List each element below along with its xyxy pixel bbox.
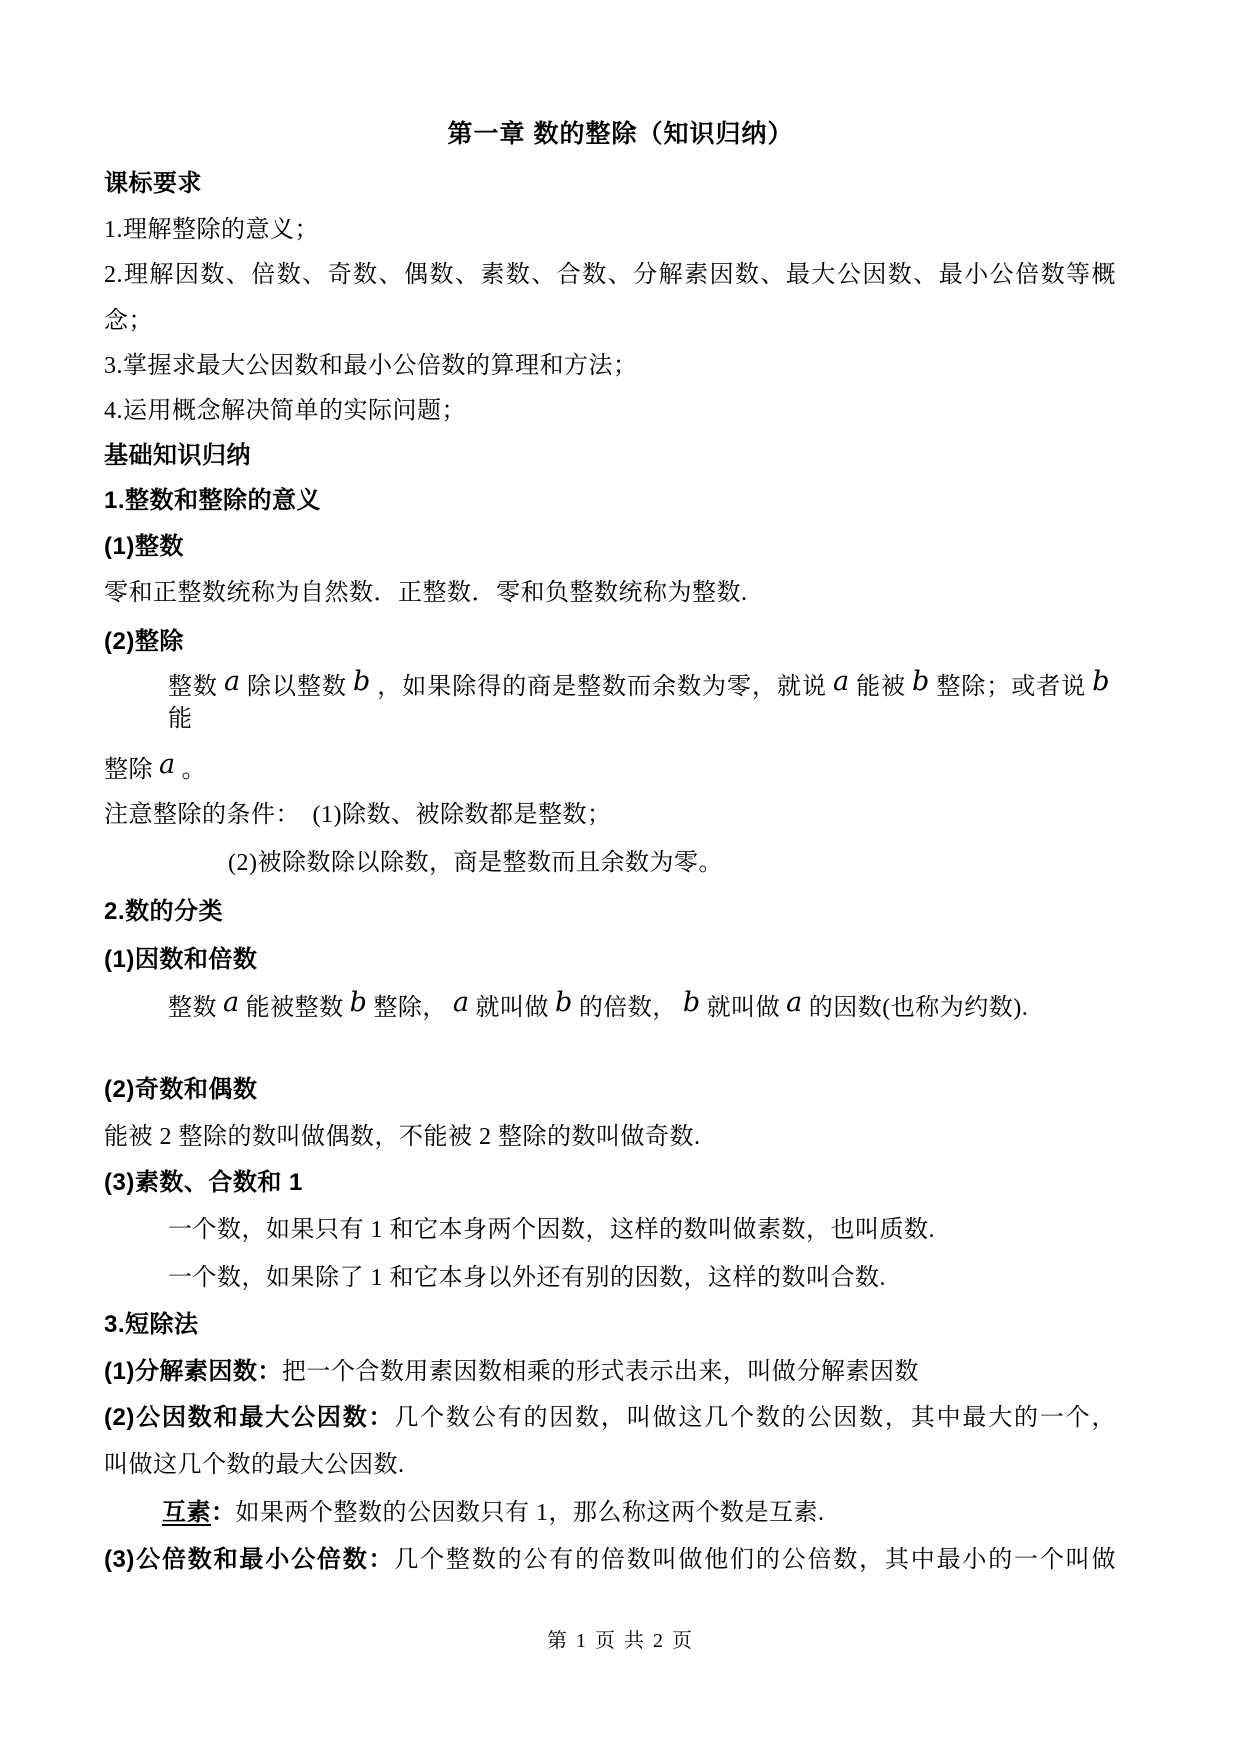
text-run: 几个数公有的因数，叫做这几个数的公因数，其中最大的一个， — [394, 1405, 1116, 1431]
math-variable: b — [683, 993, 701, 1013]
text-composite-definition: 一个数，如果除了 1 和它本身以外还有别的因数，这样的数叫合数. — [104, 1262, 1116, 1294]
text-run: 整数 — [168, 995, 217, 1021]
text-run: 。 — [182, 757, 207, 783]
text-run: (1)因数和倍数 — [104, 946, 257, 973]
text-run: (3)公倍数和最小公倍数： — [104, 1546, 394, 1573]
text-run: (2)整除 — [104, 628, 184, 655]
heading-basic-knowledge: 基础知识归纳 — [104, 440, 1116, 472]
text-run: 整除；或者说 — [936, 674, 1086, 700]
math-variable: b — [1092, 672, 1110, 692]
text-run: (2)被除数除以除数，商是整数而且余数为零。 — [228, 850, 723, 876]
math-variable: b — [555, 993, 573, 1013]
heading-curriculum-requirements: 课标要求 — [104, 168, 1116, 200]
heading-1-2-divisibility: (2)整除 — [104, 626, 1116, 658]
text-run: 一个数，如果只有 1 和它本身两个因数，这样的数叫做素数，也叫质数. — [168, 1217, 935, 1243]
math-variable: a — [224, 672, 241, 692]
text-divisibility-condition-2: (2)被除数除以除数，商是整数而且余数为零。 — [104, 847, 1116, 879]
requirement-3: 3.掌握求最大公因数和最小公倍数的算理和方法； — [104, 350, 1116, 382]
text-run: 能被 — [856, 674, 906, 700]
math-variable: b — [350, 993, 368, 1013]
text-run: 就叫做 — [476, 995, 550, 1021]
text-prime-factorization: (1)分解素因数：把一个合数用素因数相乘的形式表示出来，叫做分解素因数 — [104, 1356, 1116, 1388]
text-divisibility-definition-line2: 整除a。 — [104, 754, 1116, 786]
text-run: 除以整数 — [247, 674, 347, 700]
text-integers-definition: 零和正整数统称为自然数．正整数．零和负整数统称为整数. — [104, 577, 1116, 609]
heading-section-2: 2.数的分类 — [104, 896, 1116, 928]
text-run: 3.掌握求最大公因数和最小公倍数的算理和方法； — [104, 353, 638, 379]
text-run: 的倍数， — [579, 995, 677, 1021]
math-variable: a — [453, 993, 470, 1013]
heading-section-1: 1.整数和整除的意义 — [104, 485, 1116, 517]
text-run: 把一个合数用素因数相乘的形式表示出来，叫做分解素因数 — [282, 1359, 919, 1385]
text-run: 2.理解因数、倍数、奇数、偶数、素数、合数、分解素因数、最大公因数、最小公倍数等… — [104, 262, 1116, 288]
math-variable: a — [786, 993, 803, 1013]
text-prime-definition: 一个数，如果只有 1 和它本身两个因数，这样的数叫做素数，也叫质数. — [104, 1214, 1116, 1246]
text-divisibility-condition-1: 注意整除的条件： (1)除数、被除数都是整数； — [104, 799, 1116, 831]
math-variable: b — [353, 672, 371, 692]
text-run: 整数 — [168, 674, 218, 700]
page-footer: 第 1 页 共 2 页 — [0, 1624, 1241, 1653]
text-run: 3.短除法 — [104, 1311, 199, 1338]
text-run: (1)整数 — [104, 533, 184, 560]
text-run: 能 — [168, 706, 193, 732]
heading-2-2-odd-even: (2)奇数和偶数 — [104, 1074, 1116, 1106]
heading-2-1-factors-multiples: (1)因数和倍数 — [104, 944, 1116, 976]
text-run: 如果两个整数的公因数只有 1，那么称这两个数是互素. — [236, 1500, 825, 1526]
text-run: 的因数(也称为约数). — [809, 995, 1028, 1021]
heading-1-1-integers: (1)整数 — [104, 531, 1116, 563]
document-page: 第一章 数的整除（知识归纳） 课标要求1.理解整除的意义；2.理解因数、倍数、奇… — [0, 0, 1241, 1754]
text-run: 念； — [104, 308, 153, 334]
heading-2-3-prime-composite: (3)素数、合数和 1 — [104, 1167, 1116, 1199]
text-run: (2)奇数和偶数 — [104, 1076, 257, 1103]
text-run: 零和正整数统称为自然数．正整数．零和负整数统称为整数. — [104, 580, 748, 606]
math-variable: a — [833, 672, 850, 692]
text-run: 互素 — [162, 1499, 211, 1526]
text-run: 2.数的分类 — [104, 898, 223, 925]
text-run: 整除， — [373, 995, 447, 1021]
text-gcd-definition-line1: (2)公因数和最大公因数：几个数公有的因数，叫做这几个数的公因数，其中最大的一个… — [104, 1402, 1116, 1434]
text-run: 叫做这几个数的最大公因数. — [104, 1452, 405, 1478]
text-run: 能被整数 — [246, 995, 344, 1021]
text-run: 基础知识归纳 — [104, 442, 251, 469]
requirement-1: 1.理解整除的意义； — [104, 214, 1116, 246]
text-run: 整除 — [104, 757, 153, 783]
text-odd-even-definition: 能被 2 整除的数叫做偶数，不能被 2 整除的数叫做奇数. — [104, 1121, 1116, 1153]
text-gcd-definition-line2: 叫做这几个数的最大公因数. — [104, 1449, 1116, 1481]
text-run: 1.理解整除的意义； — [104, 217, 319, 243]
document-title: 第一章 数的整除（知识归纳） — [0, 114, 1241, 150]
requirement-2-line2: 念； — [104, 305, 1116, 337]
text-run: 就叫做 — [707, 995, 781, 1021]
text-run: (1)分解素因数： — [104, 1358, 282, 1385]
text-run: 课标要求 — [104, 170, 202, 197]
text-run: 一个数，如果除了 1 和它本身以外还有别的因数，这样的数叫合数. — [168, 1265, 886, 1291]
math-variable: a — [223, 993, 240, 1013]
text-run: 几个整数的公有的倍数叫做他们的公倍数，其中最小的一个叫做 — [394, 1547, 1116, 1573]
text-coprime-definition: 互素：如果两个整数的公因数只有 1，那么称这两个数是互素. — [104, 1497, 1116, 1529]
text-run: (2)公因数和最大公因数： — [104, 1404, 394, 1431]
text-factors-multiples-definition: 整数a能被整数b整除，a就叫做b的倍数，b就叫做a的因数(也称为约数). — [104, 992, 1116, 1024]
text-divisibility-definition-line1: 整数a除以整数b，如果除得的商是整数而余数为零，就说a能被b整除；或者说b能 — [104, 671, 1116, 735]
requirement-2-line1: 2.理解因数、倍数、奇数、偶数、素数、合数、分解素因数、最大公因数、最小公倍数等… — [104, 259, 1116, 291]
text-run: ： — [211, 1499, 236, 1526]
text-run: 能被 2 整除的数叫做偶数，不能被 2 整除的数叫做奇数. — [104, 1124, 701, 1150]
text-run: 注意整除的条件： (1)除数、被除数都是整数； — [104, 802, 611, 828]
text-run: (3)素数、合数和 1 — [104, 1169, 303, 1196]
text-run: ，如果除得的商是整数而余数为零，就说 — [377, 674, 827, 700]
requirement-4: 4.运用概念解决简单的实际问题； — [104, 395, 1116, 427]
text-lcm-definition-line1: (3)公倍数和最小公倍数：几个整数的公有的倍数叫做他们的公倍数，其中最小的一个叫… — [104, 1544, 1116, 1576]
math-variable: a — [159, 755, 176, 775]
text-run: 1.整数和整除的意义 — [104, 487, 321, 514]
math-variable: b — [912, 672, 930, 692]
text-run: 4.运用概念解决简单的实际问题； — [104, 398, 466, 424]
heading-section-3: 3.短除法 — [104, 1309, 1116, 1341]
